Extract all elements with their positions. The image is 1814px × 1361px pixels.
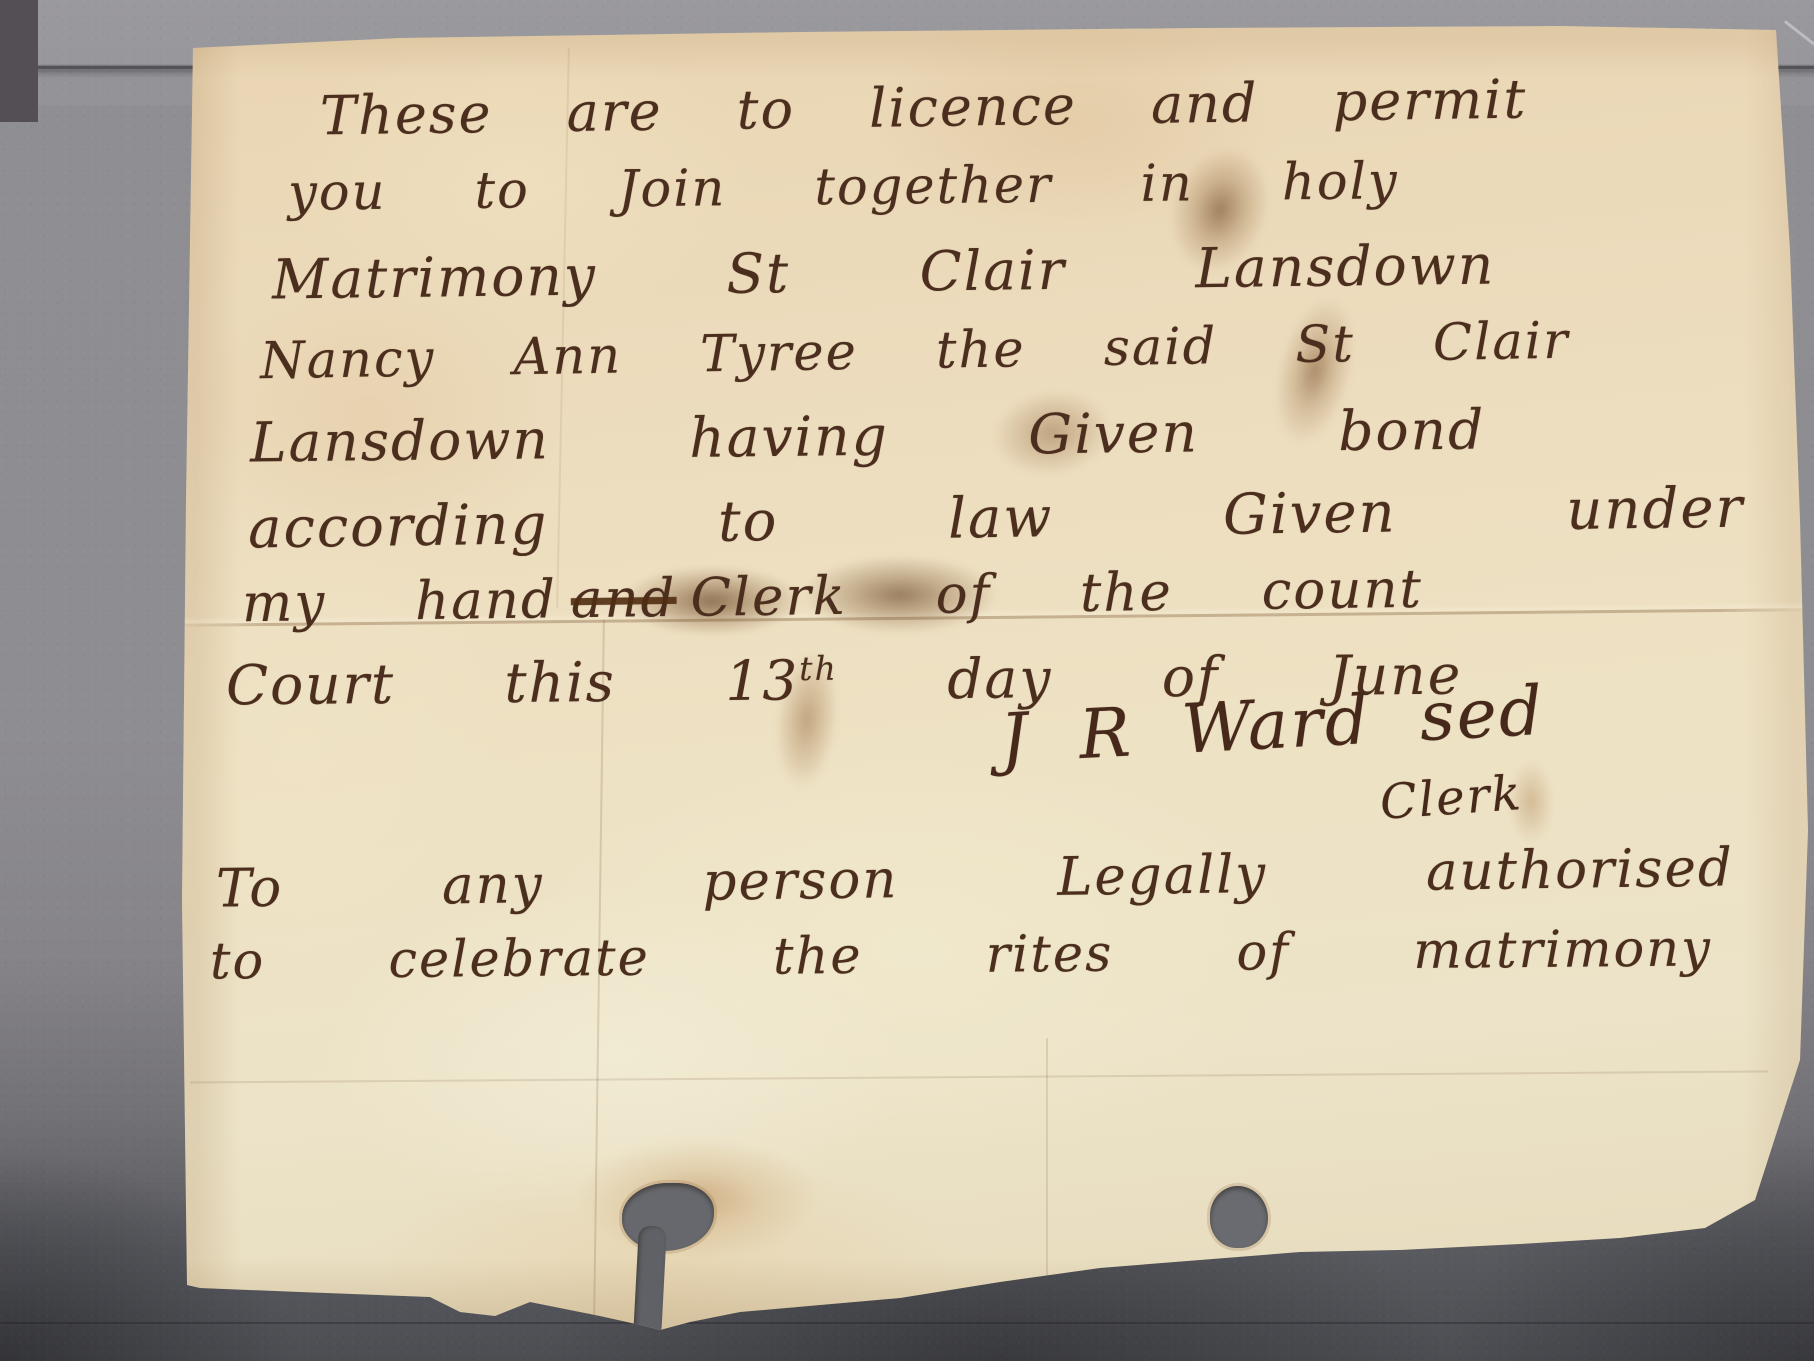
fold-crease-horizontal-lower	[190, 1070, 1768, 1083]
line7-struck-word: and	[570, 568, 676, 630]
line7-prefix: my hand	[242, 569, 558, 634]
clerk-title: Clerk	[1378, 765, 1524, 831]
handwriting-line-10: to celebrate the rites of matrimony	[210, 919, 1712, 991]
water-stain-bottom	[578, 1138, 818, 1258]
surface-seam-bottom	[0, 1322, 1814, 1324]
handwriting-line-1: These are to licence and permit	[320, 68, 1528, 148]
handwriting-line-2: you to Join together in holy	[288, 152, 1399, 223]
photograph: { "scene": { "description": "Photograph …	[0, 0, 1814, 1361]
dark-edge-top-left	[0, 0, 38, 122]
line8-ordinal-suffix: th	[799, 649, 838, 688]
tear-to-bottom-edge	[633, 1225, 667, 1338]
line8-prefix: Court this 13	[226, 648, 800, 717]
handwriting-line-3: Matrimony St Clair Lansdown	[272, 233, 1496, 312]
worm-hole-right	[1210, 1186, 1268, 1248]
torn-hole-left	[622, 1183, 714, 1251]
handwriting-line-9: To any person Legally authorised	[216, 837, 1735, 919]
handwriting-line-6: according to law Given under	[248, 476, 1745, 562]
handwriting-line-7: my handandClerk of the count	[242, 559, 1424, 634]
handwriting-line-5: Lansdown having Given bond	[250, 398, 1486, 475]
handwriting-line-4: Nancy Ann Tyree the said St Clair	[260, 312, 1570, 392]
paper-document: These are to licence and permit you to J…	[170, 18, 1814, 1348]
line7-suffix: Clerk of the count	[690, 559, 1423, 629]
